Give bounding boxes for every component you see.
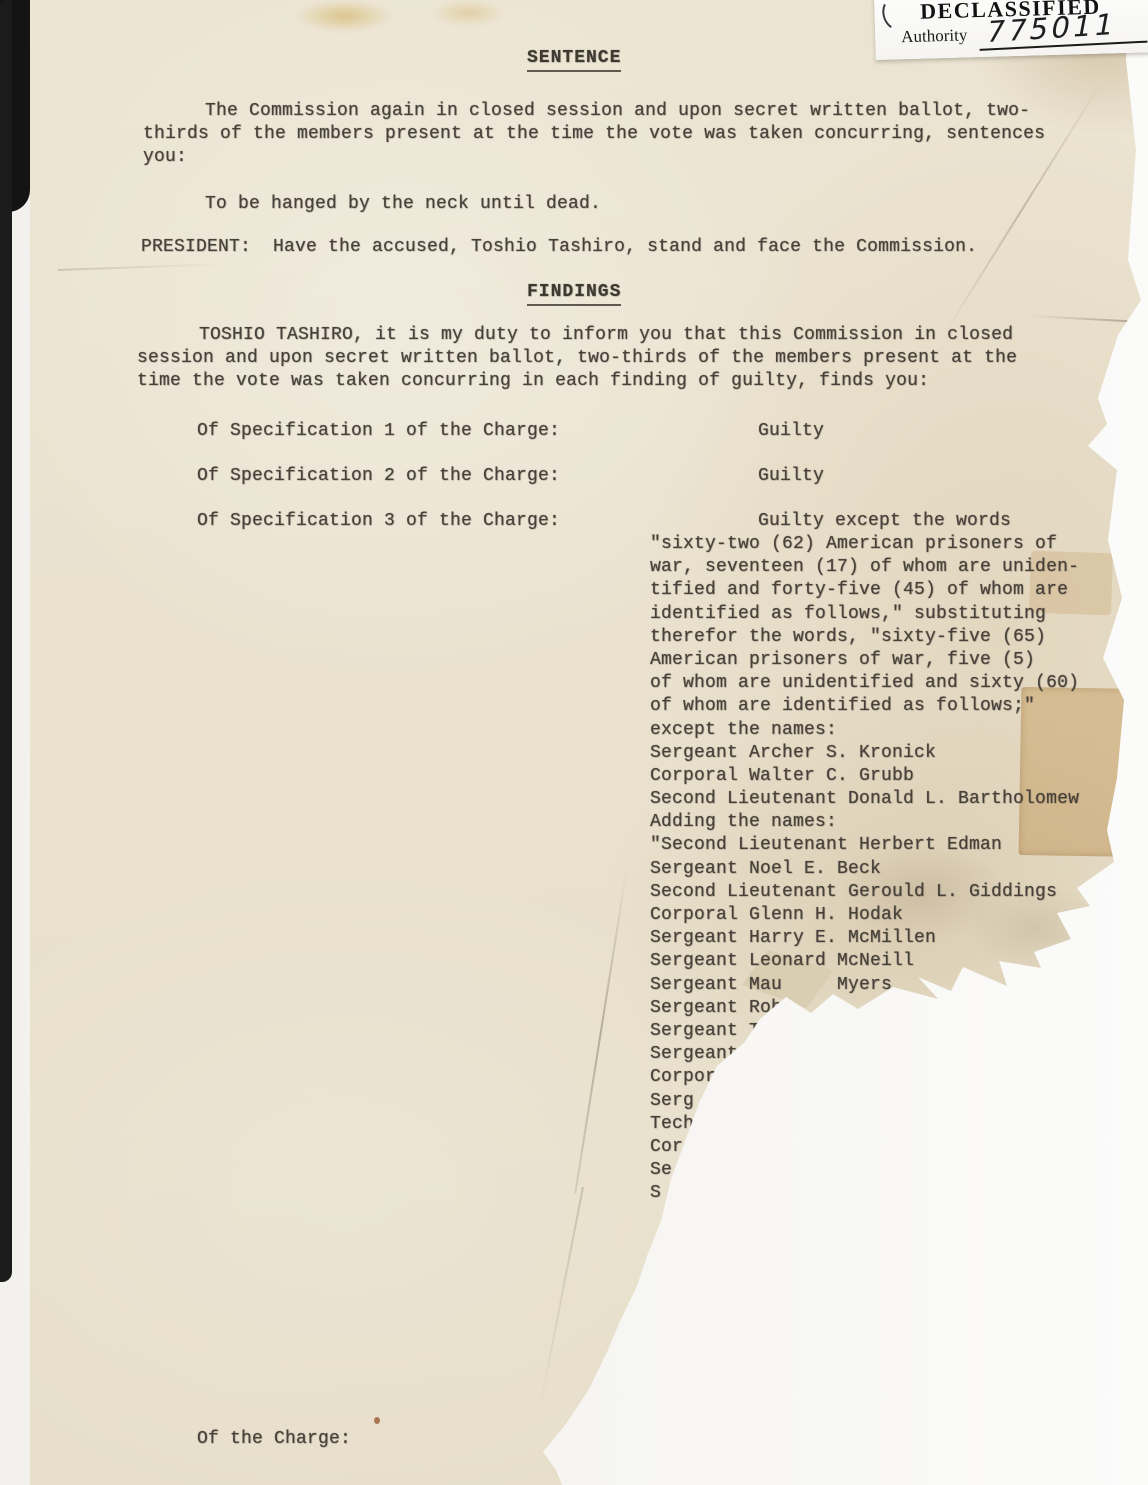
sentence-line: To be hanged by the neck until dead. bbox=[205, 193, 601, 216]
pencil-tear-line bbox=[574, 868, 628, 1194]
spec3-line: S bbox=[650, 1182, 1079, 1205]
crack-right bbox=[1028, 315, 1146, 323]
spec3-line: Sergeant Leonard McNeill bbox=[650, 950, 1079, 973]
stamp-authority-label: Authority bbox=[901, 25, 968, 47]
spec3-continuation-block: "sixty-two (62) American prisoners ofwar… bbox=[650, 533, 1079, 1205]
specification-verdict: Guilty bbox=[758, 420, 824, 443]
pencil-tear-line-2 bbox=[538, 1187, 584, 1413]
specification-label: Of Specification 3 of the Charge: bbox=[197, 510, 560, 533]
findings-paragraph-line: TOSHIO TASHIRO, it is my duty to inform … bbox=[137, 324, 1017, 347]
spec3-line: "sixty-two (62) American prisoners of bbox=[650, 533, 1079, 556]
specification-label: Of Specification 1 of the Charge: bbox=[197, 420, 560, 443]
spec3-line: Sergeant Harry E. McMillen bbox=[650, 927, 1079, 950]
spec3-line: except the names: bbox=[650, 719, 1079, 742]
sentence-paragraph-line: thirds of the members present at the tim… bbox=[143, 123, 1045, 146]
sentence-paragraph-line: you: bbox=[143, 146, 1045, 169]
document-page: SENTENCE The Commission again in closed … bbox=[0, 0, 1148, 1485]
spec3-line: Tech bbox=[650, 1113, 1079, 1136]
spec3-line: of whom are unidentified and sixty (60) bbox=[650, 672, 1079, 695]
spec3-line: Serg bbox=[650, 1090, 1079, 1113]
specification-verdict: Guilty except the words bbox=[758, 510, 1011, 533]
spec3-line: Sergeant K bbox=[650, 1043, 1079, 1066]
spec3-line: "Second Lieutenant Herbert Edman bbox=[650, 834, 1079, 857]
charge-line: Of the Charge: bbox=[197, 1428, 351, 1451]
spec3-line: Adding the names: bbox=[650, 811, 1079, 834]
spec3-line: Sergeant Rob bbox=[650, 997, 1079, 1020]
sentence-paragraph: The Commission again in closed session a… bbox=[143, 100, 1045, 170]
stain-handwriting-yellow bbox=[296, 0, 392, 32]
findings-heading: FINDINGS bbox=[527, 281, 621, 306]
spec3-line: Second Lieutenant Gerould L. Giddings bbox=[650, 881, 1079, 904]
spec3-line: Corporal Walter C. Grubb bbox=[650, 765, 1079, 788]
spec3-line: war, seventeen (17) of whom are uniden- bbox=[650, 556, 1079, 579]
spec3-line: tified and forty-five (45) of whom are bbox=[650, 579, 1079, 602]
spec3-line: therefor the words, "sixty-five (65) bbox=[650, 626, 1079, 649]
specification-label: Of Specification 2 of the Charge: bbox=[197, 465, 560, 488]
spec3-line: Sergeant Th bbox=[650, 1020, 1079, 1043]
findings-paragraph: TOSHIO TASHIRO, it is my duty to inform … bbox=[137, 324, 1017, 394]
spec3-line: Sergeant Noel E. Beck bbox=[650, 858, 1079, 881]
spec3-line: American prisoners of war, five (5) bbox=[650, 649, 1079, 672]
stain-speck bbox=[374, 1417, 380, 1424]
scan-background: { "stamp": { "title": "DECLASSIFIED", "a… bbox=[0, 0, 1148, 1485]
sentence-heading: SENTENCE bbox=[527, 47, 621, 72]
spec3-line: Cor bbox=[650, 1136, 1079, 1159]
spec3-line: Sergeant Archer S. Kronick bbox=[650, 742, 1079, 765]
spec3-line: Se bbox=[650, 1159, 1079, 1182]
spec3-line: Corporal Glenn H. Hodak bbox=[650, 904, 1079, 927]
findings-paragraph-line: time the vote was taken concurring in ea… bbox=[137, 370, 1017, 393]
spec3-line: Corporal bbox=[650, 1066, 1079, 1089]
declassified-stamp: DECLASSIFIED Authority 775011 bbox=[874, 0, 1148, 60]
specification-verdict: Guilty bbox=[758, 465, 824, 488]
scanner-edge-strip bbox=[0, 0, 12, 1282]
spec3-line: identified as follows," substituting bbox=[650, 603, 1079, 626]
sentence-paragraph-line: The Commission again in closed session a… bbox=[143, 100, 1045, 123]
spec3-line: of whom are identified as follows;" bbox=[650, 695, 1079, 718]
findings-paragraph-line: session and upon secret written ballot, … bbox=[137, 347, 1017, 370]
spec3-line: Second Lieutenant Donald L. Bartholomew bbox=[650, 788, 1079, 811]
crease-left bbox=[58, 263, 228, 271]
stain-yellow-2 bbox=[432, 0, 504, 26]
president-line: PRESIDENT: Have the accused, Toshio Tash… bbox=[141, 236, 977, 259]
spec3-line: Sergeant Mau Myers bbox=[650, 974, 1079, 997]
